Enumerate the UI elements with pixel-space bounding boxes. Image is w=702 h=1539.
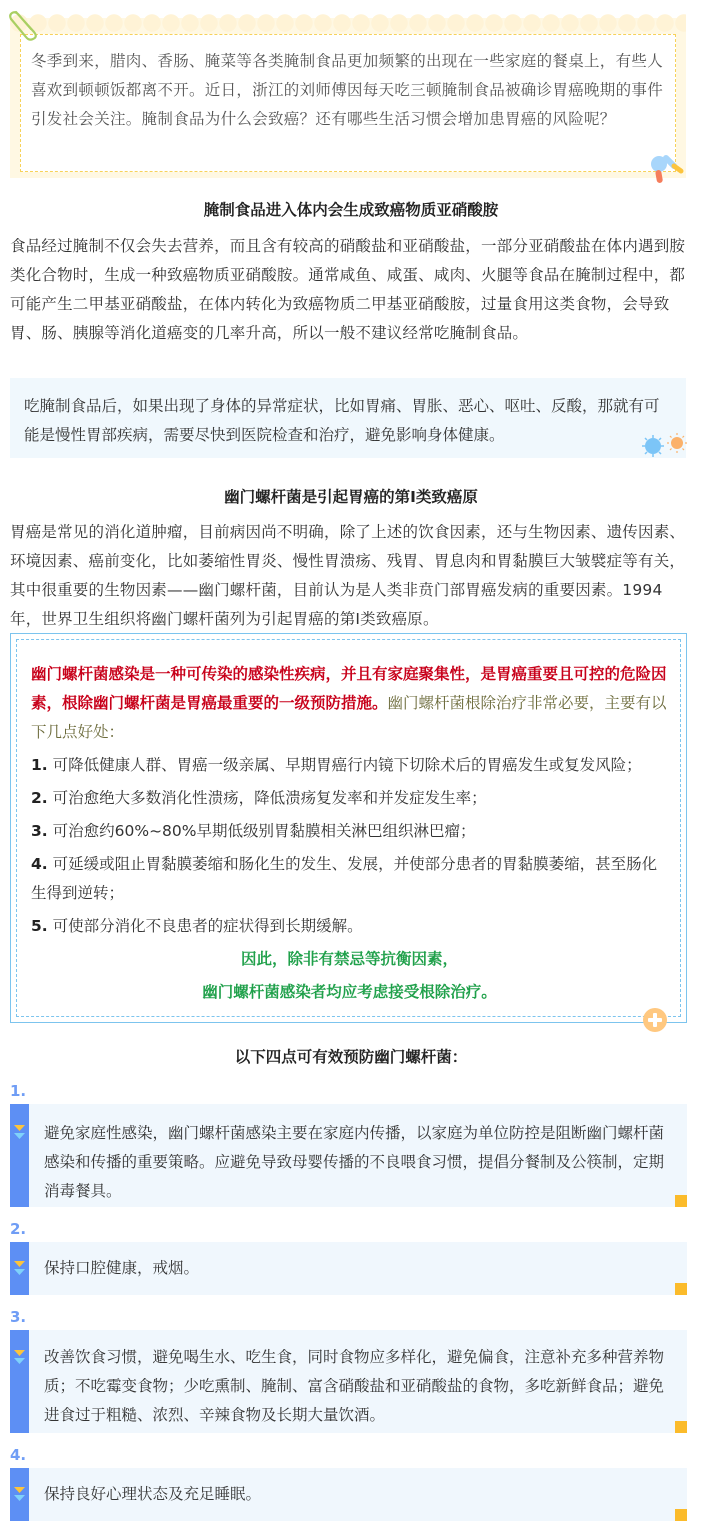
- benefits-conclusion-line-1: 因此，除非有禁忌等抗衡因素，: [31, 945, 668, 974]
- benefit-item: 3. 可治愈约60%~80%早期低级别胃黏膜相关淋巴组织淋巴瘤；: [31, 817, 668, 846]
- prevention-number: 1.: [10, 1082, 26, 1100]
- intro-text: 冬季到来，腊肉、香肠、腌菜等各类腌制食品更加频繁的出现在一些家庭的餐桌上，有些人…: [31, 47, 665, 134]
- benefit-item: 5. 可使部分消化不良患者的症状得到长期缓解。: [31, 912, 668, 941]
- corner-decoration: [675, 1421, 687, 1433]
- benefit-num: 2.: [31, 789, 48, 807]
- corner-decoration: [675, 1509, 687, 1521]
- prevention-text: 保持口腔健康，戒烟。: [44, 1254, 671, 1283]
- section-body-pickled-food: 食品经过腌制不仅会失去营养，而且含有较高的硝酸盐和亚硝酸盐，一部分亚硝酸盐在体内…: [10, 232, 692, 348]
- benefit-text: 可降低健康人群、胃癌一级亲属、早期胃癌行内镜下切除术后的胃癌发生或复发风险；: [48, 756, 642, 774]
- prevention-number: 2.: [10, 1220, 26, 1238]
- virus-icon: [640, 432, 666, 458]
- benefit-num: 3.: [31, 822, 48, 840]
- sun-icon: [666, 432, 688, 454]
- double-chevron-down-icon: [14, 1350, 25, 1366]
- plus-circle-icon: [643, 1008, 667, 1032]
- accent-bar: [10, 1330, 29, 1433]
- benefits-lead: 幽门螺杆菌感染是一种可传染的感染性疾病，并且有家庭聚集性，是胃癌重要且可控的危险…: [31, 660, 668, 747]
- prevention-text: 避免家庭性感染，幽门螺杆菌感染主要在家庭内传播，以家庭为单位防控是阻断幽门螺杆菌…: [44, 1119, 671, 1206]
- intro-note-inner: 冬季到来，腊肉、香肠、腌菜等各类腌制食品更加频繁的出现在一些家庭的餐桌上，有些人…: [20, 34, 676, 172]
- prevention-number: 4.: [10, 1446, 26, 1464]
- scallop-edge-decoration: [10, 14, 686, 32]
- benefit-item: 1. 可降低健康人群、胃癌一级亲属、早期胃癌行内镜下切除术后的胃癌发生或复发风险…: [31, 751, 668, 780]
- double-chevron-down-icon: [14, 1125, 25, 1141]
- benefits-box: 幽门螺杆菌感染是一种可传染的感染性疾病，并且有家庭聚集性，是胃癌重要且可控的危险…: [10, 633, 687, 1023]
- benefit-item: 4. 可延缓或阻止胃黏膜萎缩和肠化生的发生、发展，并使部分患者的胃黏膜萎缩，甚至…: [31, 850, 668, 908]
- tip-box: 吃腌制食品后，如果出现了身体的异常症状，比如胃痛、胃胀、恶心、呕吐、反酸，那就有…: [10, 378, 686, 458]
- benefits-inner: 幽门螺杆菌感染是一种可传染的感染性疾病，并且有家庭聚集性，是胃癌重要且可控的危险…: [16, 639, 681, 1017]
- prevention-text: 改善饮食习惯，避免喝生水、吃生食，同时食物应多样化，避免偏食，注意补充多种营养物…: [44, 1343, 671, 1430]
- benefit-text: 可延缓或阻止胃黏膜萎缩和肠化生的发生、发展，并使部分患者的胃黏膜萎缩，甚至肠化生…: [31, 855, 657, 902]
- prevention-number: 3.: [10, 1308, 26, 1326]
- benefit-num: 5.: [31, 917, 48, 935]
- double-chevron-down-icon: [14, 1261, 25, 1277]
- accent-bar: [10, 1104, 29, 1207]
- corner-decoration: [675, 1195, 687, 1207]
- paperclip-icon: [6, 6, 42, 42]
- prevention-card: 改善饮食习惯，避免喝生水、吃生食，同时食物应多样化，避免偏食，注意补充多种营养物…: [10, 1330, 687, 1433]
- prevention-card: 保持良好心理状态及充足睡眠。: [10, 1468, 687, 1521]
- benefit-item: 2. 可治愈绝大多数消化性溃疡，降低溃疡复发率和并发症发生率；: [31, 784, 668, 813]
- benefit-text: 可使部分消化不良患者的症状得到长期缓解。: [48, 917, 363, 935]
- spoon-fork-icon: [646, 150, 686, 188]
- prevention-text: 保持良好心理状态及充足睡眠。: [44, 1480, 671, 1509]
- benefits-conclusion-line-2: 幽门螺杆菌感染者均应考虑接受根除治疗。: [31, 978, 668, 1007]
- section-heading-h-pylori: 幽门螺杆菌是引起胃癌的第I类致癌原: [0, 485, 702, 507]
- corner-decoration: [675, 1283, 687, 1295]
- benefit-text: 可治愈约60%~80%早期低级别胃黏膜相关淋巴组织淋巴瘤；: [48, 822, 476, 840]
- prevention-card: 避免家庭性感染，幽门螺杆菌感染主要在家庭内传播，以家庭为单位防控是阻断幽门螺杆菌…: [10, 1104, 687, 1207]
- benefit-text: 可治愈绝大多数消化性溃疡，降低溃疡复发率和并发症发生率；: [48, 789, 487, 807]
- prevention-card: 保持口腔健康，戒烟。: [10, 1242, 687, 1295]
- tip-text: 吃腌制食品后，如果出现了身体的异常症状，比如胃痛、胃胀、恶心、呕吐、反酸，那就有…: [24, 392, 674, 450]
- benefit-num: 1.: [31, 756, 48, 774]
- double-chevron-down-icon: [14, 1487, 25, 1503]
- section-body-h-pylori: 胃癌是常见的消化道肿瘤，目前病因尚不明确，除了上述的饮食因素，还与生物因素、遗传…: [10, 518, 692, 634]
- prevention-heading: 以下四点可有效预防幽门螺杆菌：: [0, 1045, 702, 1067]
- benefit-num: 4.: [31, 855, 48, 873]
- section-heading-pickled-food: 腌制食品进入体内会生成致癌物质亚硝酸胺: [0, 198, 702, 220]
